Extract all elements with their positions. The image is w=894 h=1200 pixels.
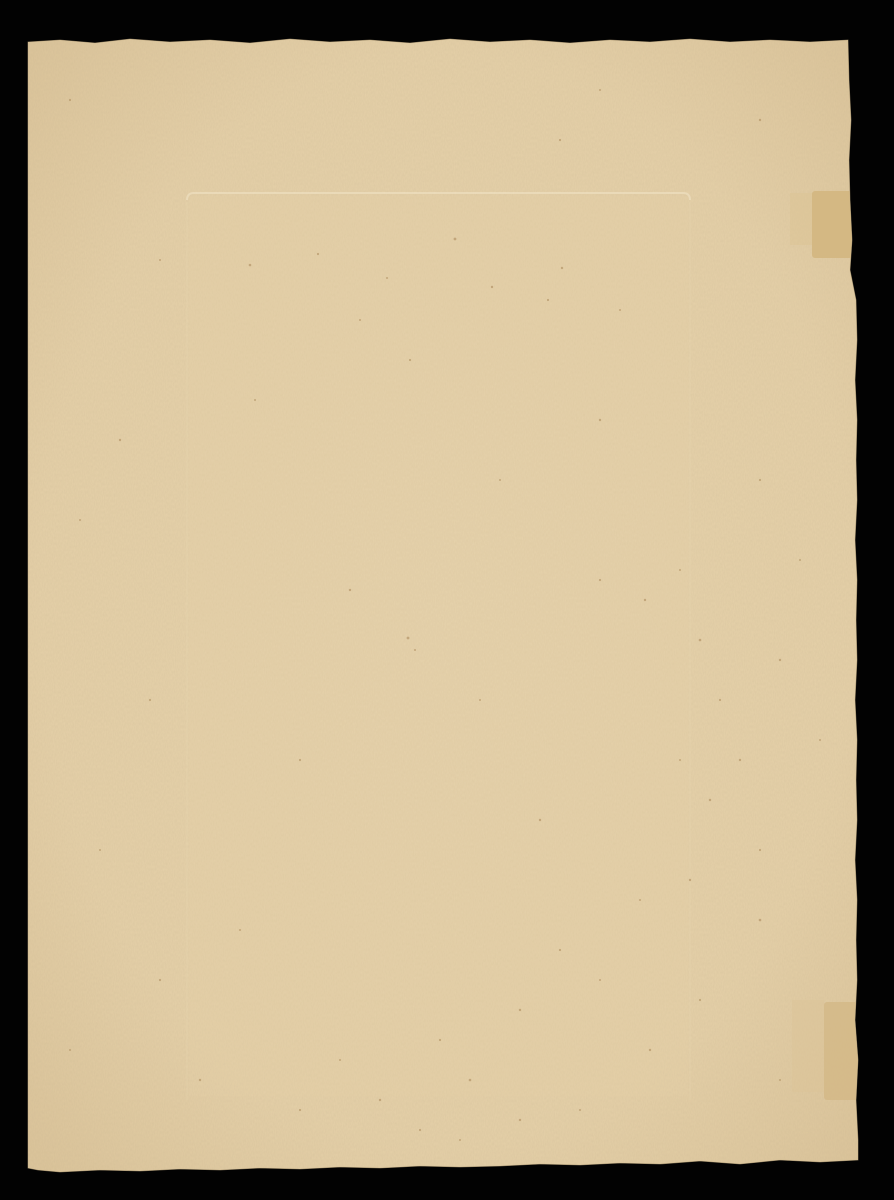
hinge-stain-upper [812,191,852,258]
plate-mark [187,193,690,1100]
hinge-stain-lower [824,1002,860,1100]
paper-sheet [0,0,894,1200]
paper-sheet-graphic [0,0,894,1200]
paper-body [0,0,894,1200]
photo-scene: Verso of a blank deckle-edged paper shee… [0,0,894,1200]
